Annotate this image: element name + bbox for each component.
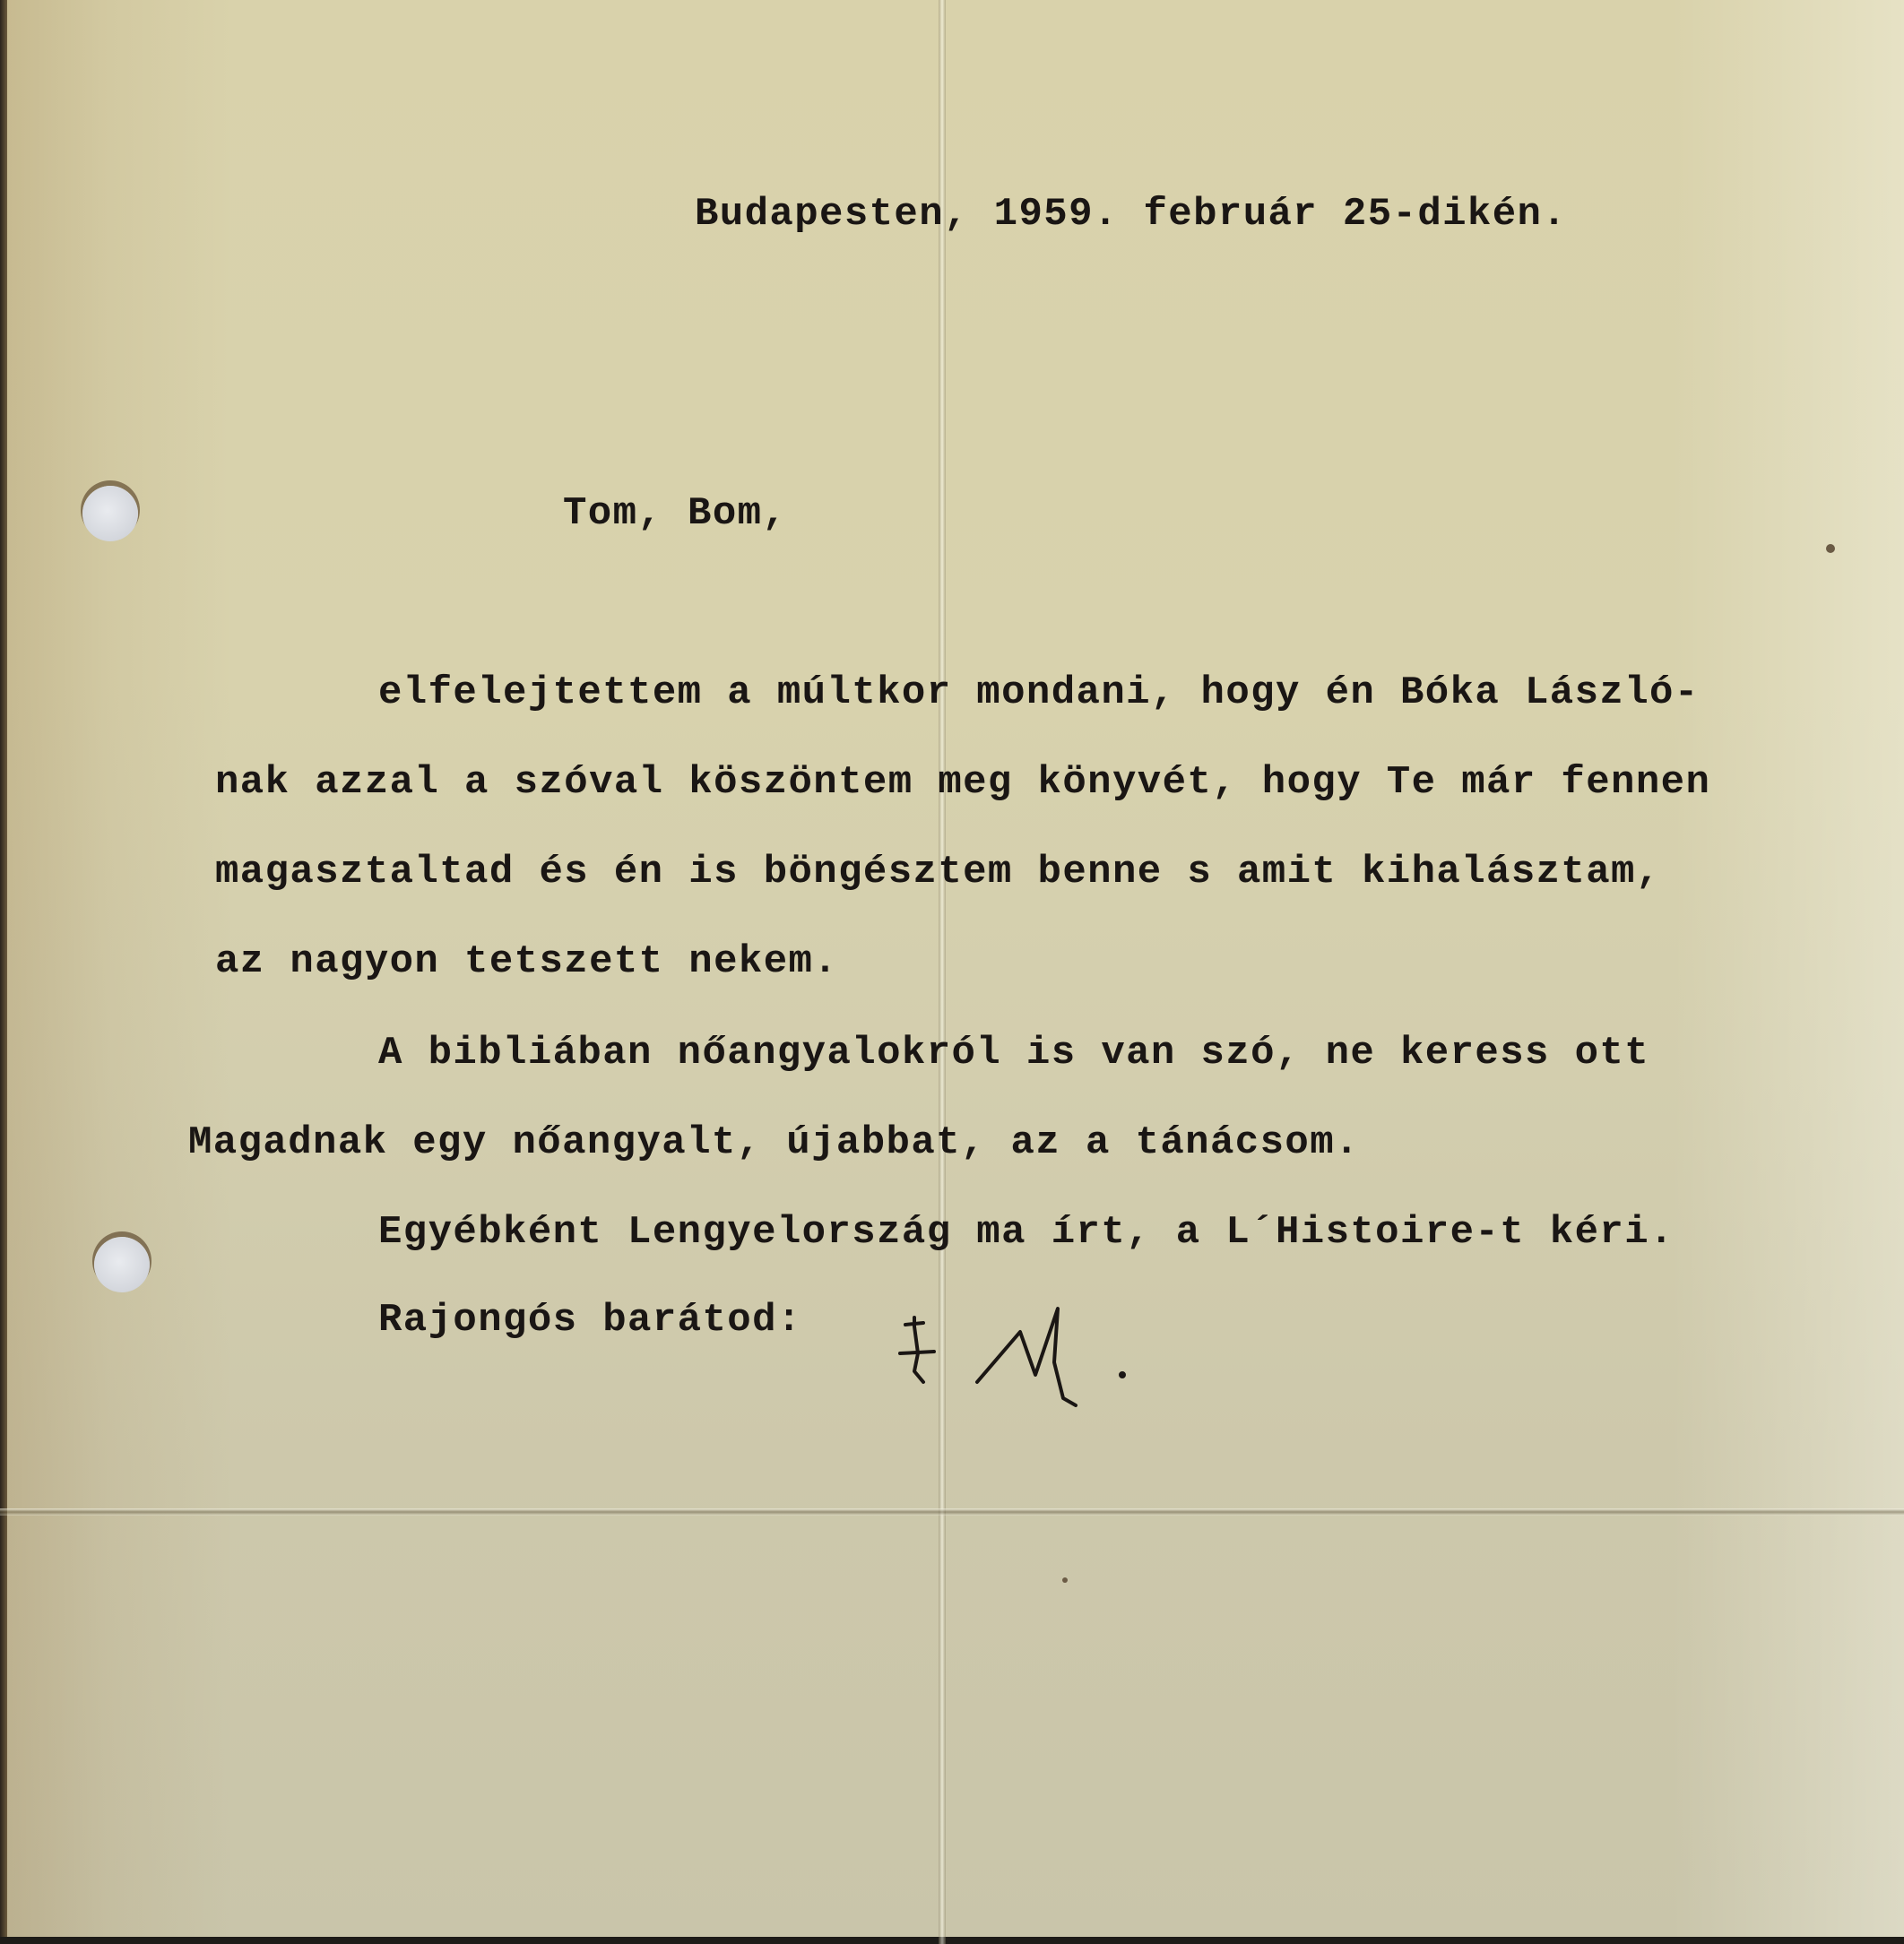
paper-left-edge	[0, 0, 7, 1944]
vertical-fold-line	[939, 0, 946, 1944]
paper-bottom-edge	[0, 1937, 1904, 1944]
punch-hole-icon	[94, 1237, 150, 1292]
body-line: az nagyon tetszett nekem.	[215, 939, 838, 984]
paper-speck	[1062, 1577, 1068, 1583]
punch-hole-icon	[82, 486, 138, 541]
body-line: nak azzal a szóval köszöntem meg könyvét…	[215, 760, 1710, 805]
body-line: magasztaltad és én is böngésztem benne s…	[215, 850, 1661, 894]
salutation: Tom, Bom,	[563, 491, 787, 536]
dateline: Budapesten, 1959. február 25-dikén.	[695, 192, 1567, 237]
body-line: Magadnak egy nőangyalt, újabbat, az a tá…	[188, 1120, 1360, 1165]
paper-speck	[1826, 544, 1835, 553]
body-line: elfelejtettem a múltkor mondani, hogy én…	[378, 670, 1700, 715]
closing-line: Rajongós barátod:	[378, 1298, 802, 1343]
body-line: A bibliában nőangyalokról is van szó, ne…	[378, 1031, 1649, 1076]
signature-icon	[887, 1300, 1147, 1425]
body-line: Egyébként Lengyelország ma írt, a L´Hist…	[378, 1210, 1675, 1255]
horizontal-fold-line	[0, 1508, 1904, 1516]
